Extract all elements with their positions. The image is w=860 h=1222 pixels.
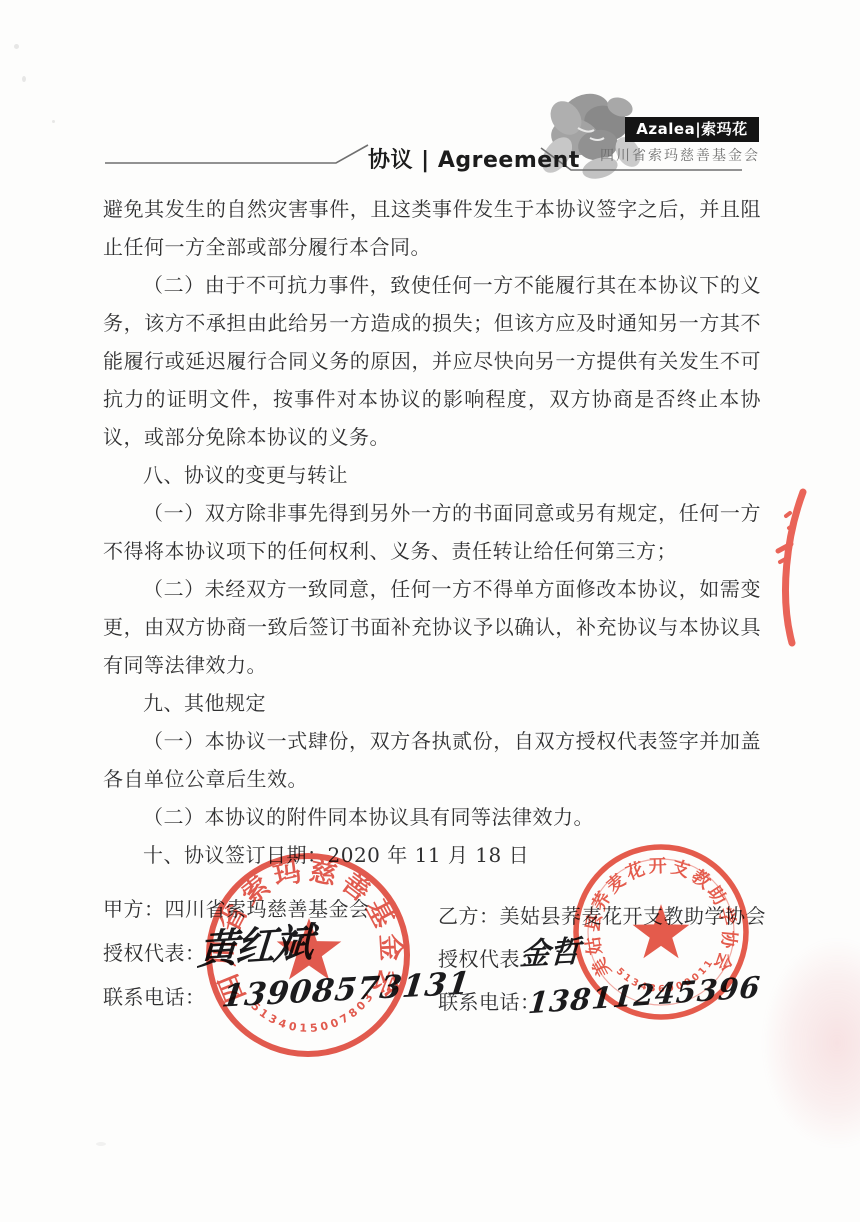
party-b-name-line: 乙方：美姑县荞麦花开支教助学协会 (438, 900, 766, 929)
scan-speck (22, 76, 26, 82)
scan-speck (52, 120, 55, 123)
signing-date-line: 十、协议签订日期：2020 年 11 月 18 日 (103, 836, 761, 874)
party-a-phone-label: 联系电话： (103, 981, 206, 1010)
party-a-signature-handwriting: 黄红斌 (196, 911, 314, 976)
scan-speck (14, 44, 19, 49)
scanned-agreement-page: Azalea|索玛花 四川省索玛慈善基金会 协议 | Agreement 避免其… (0, 0, 860, 1222)
section-heading-8: 八、协议的变更与转让 (103, 456, 761, 494)
paragraph: （一）本协议一式肆份，双方各执贰份，自双方授权代表签字并加盖各自单位公章后生效。 (103, 722, 761, 798)
page-title: 协议 | Agreement (368, 143, 568, 174)
party-b-phone-label: 联系电话： (438, 986, 541, 1015)
section-heading-9: 九、其他规定 (103, 684, 761, 722)
paragraph: 避免其发生的自然灾害事件，且这类事件发生于本协议签字之后，并且阻止任何一方全部或… (103, 190, 761, 266)
paragraph: （二）未经双方一致同意，任何一方不得单方面修改本协议，如需变更，由双方协商一致后… (103, 570, 761, 684)
paragraph: （二）由于不可抗力事件，致使任何一方不能履行其在本协议下的义务，该方不承担由此给… (103, 266, 761, 456)
faint-ghost-stamp (762, 938, 860, 1148)
party-a-phone-handwriting: 13908573131 (220, 965, 472, 1014)
paragraph: （一）双方除非事先得到另外一方的书面同意或另有规定，任何一方不得将本协议项下的任… (103, 494, 761, 570)
paragraph: （二）本协议的附件同本协议具有同等法律效力。 (103, 798, 761, 836)
party-a-rep-label: 授权代表： (103, 937, 206, 966)
logo-org-text: 四川省索玛慈善基金会 (600, 145, 790, 165)
foundation-logo: Azalea|索玛花 四川省索玛慈善基金会 (545, 88, 775, 188)
agreement-body: 避免其发生的自然灾害事件，且这类事件发生于本协议签字之后，并且阻止任何一方全部或… (103, 190, 761, 874)
party-b-signature-handwriting: 金哲 (519, 926, 581, 973)
scan-speck (96, 1142, 106, 1146)
party-b-phone-handwriting: 13811245396 (527, 970, 762, 1021)
logo-brand-text: Azalea|索玛花 (625, 117, 759, 142)
